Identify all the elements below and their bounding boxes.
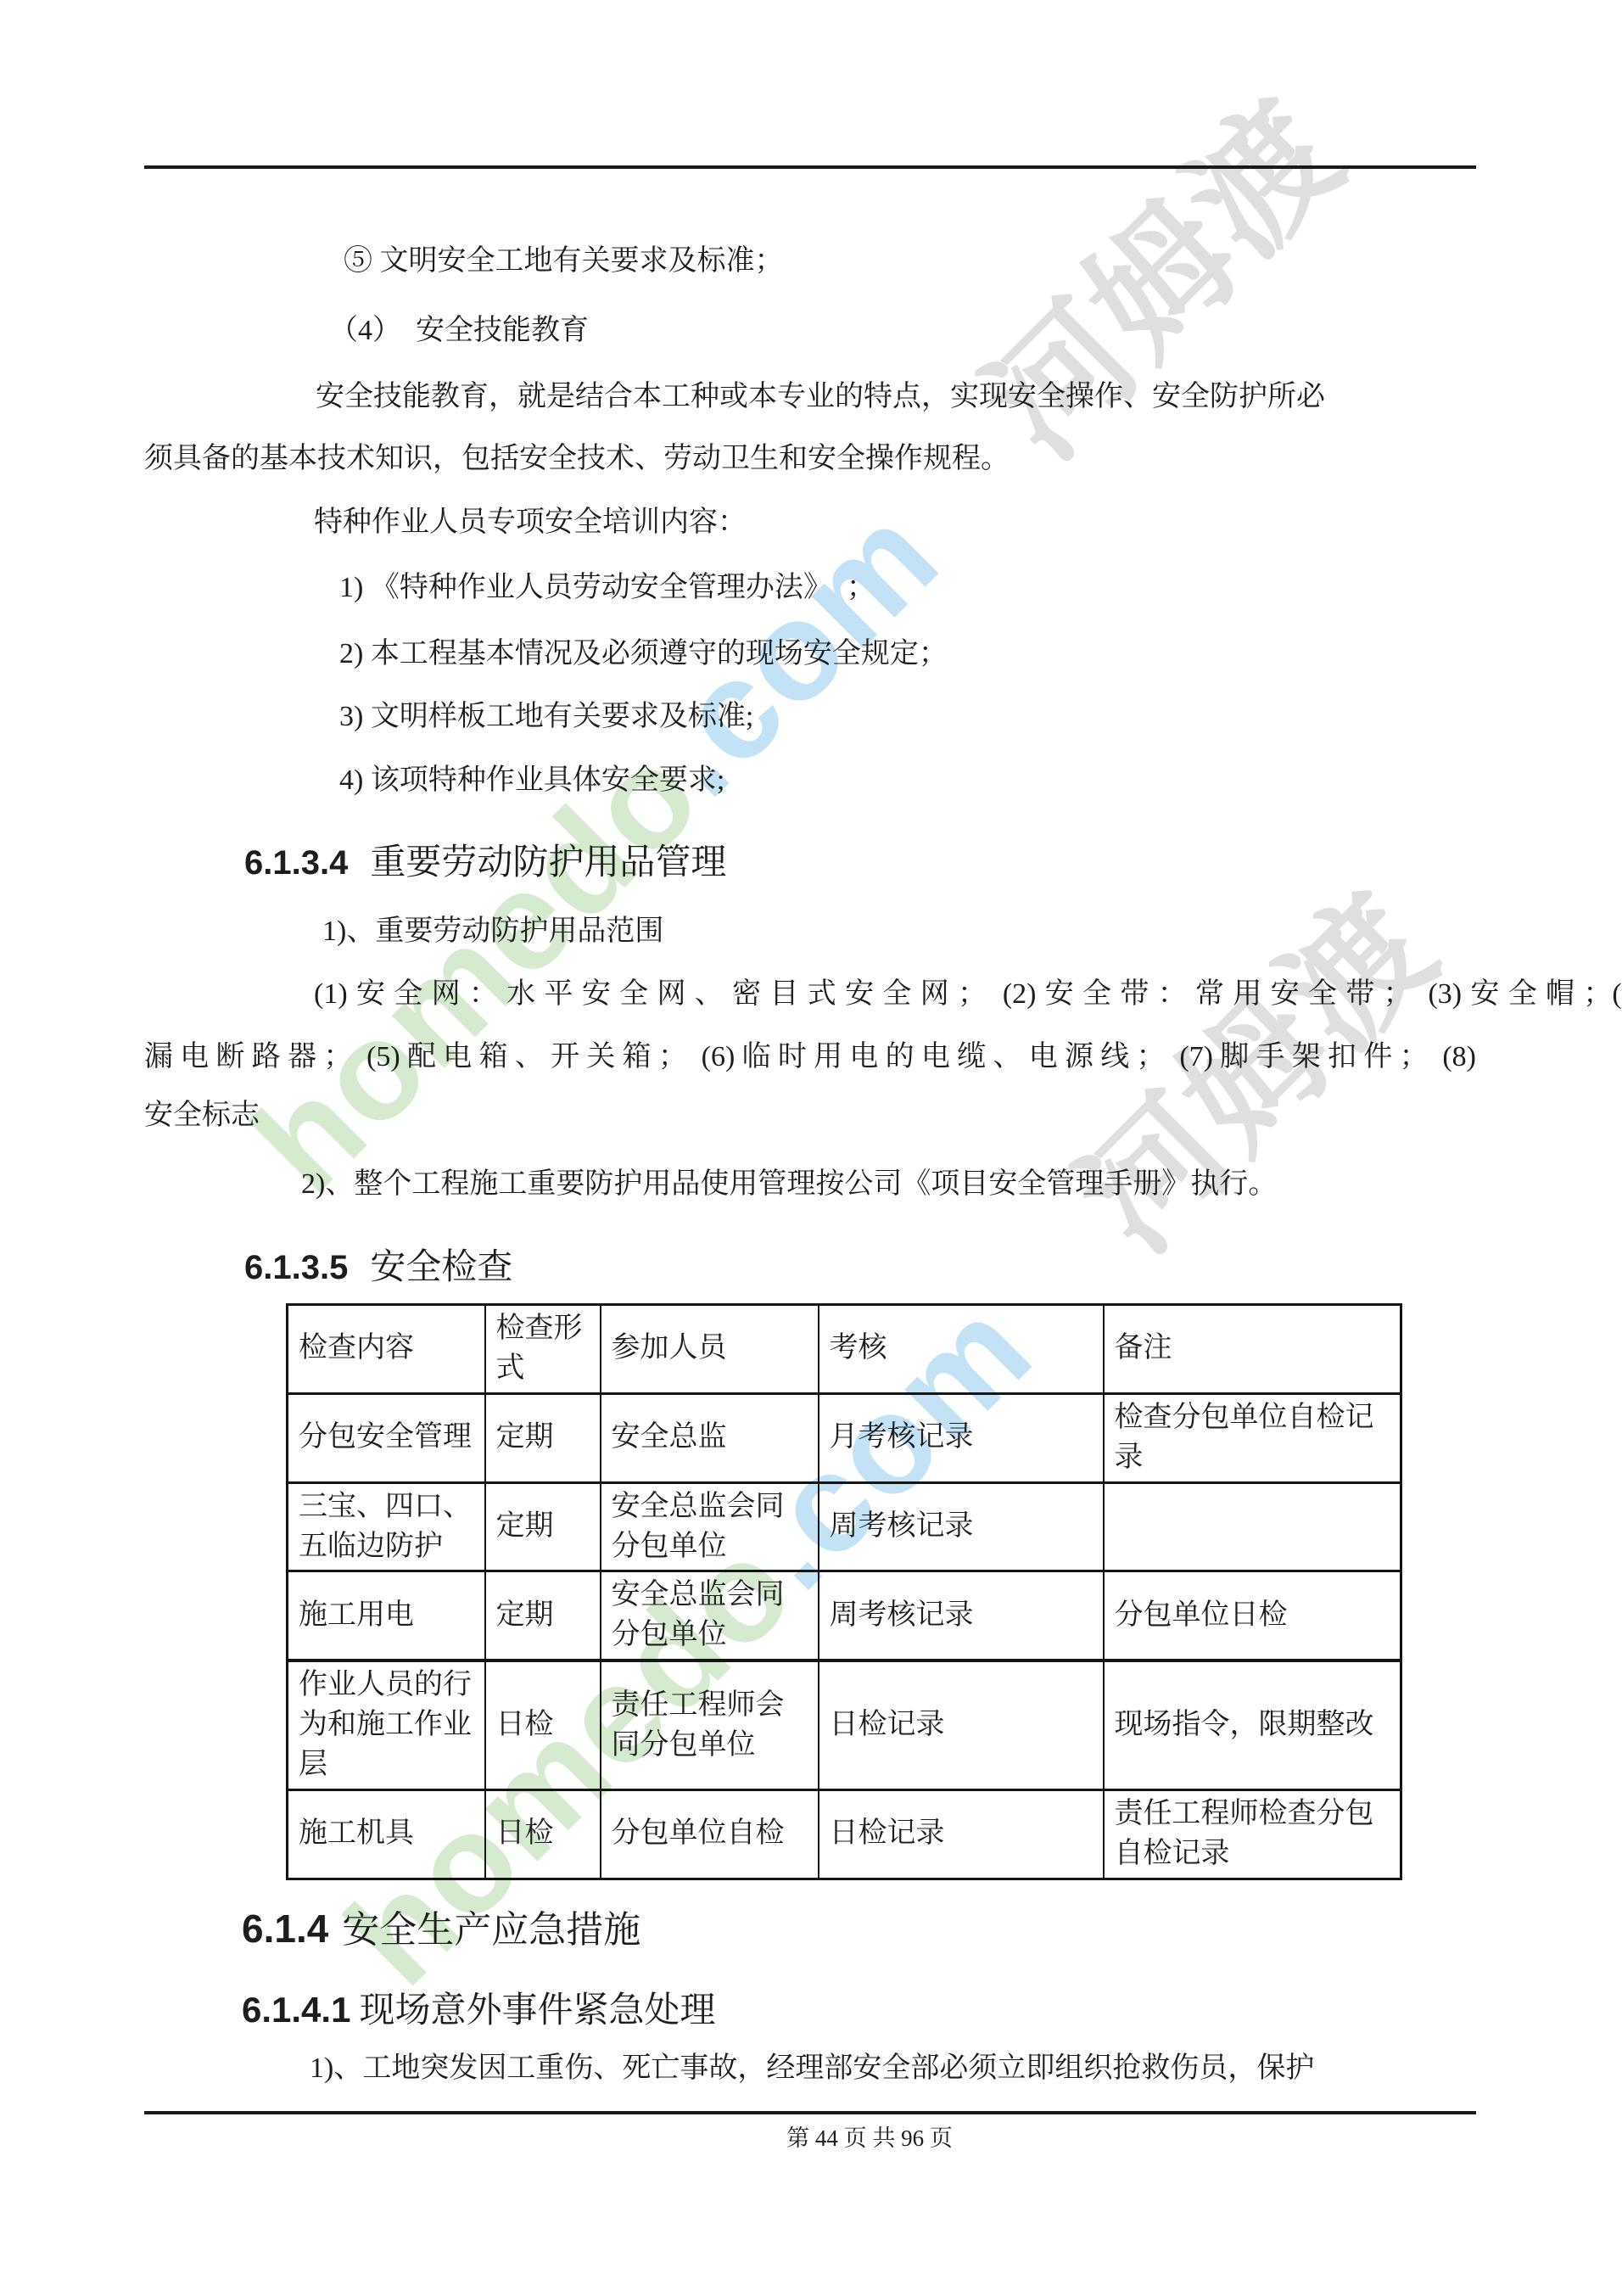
table-cell: 定期 (485, 1482, 601, 1571)
table-cell (1104, 1482, 1401, 1571)
heading-title: 安全检查 (370, 1248, 512, 1287)
heading-number: 6.1.3.5 (244, 1249, 348, 1286)
table-row: 施工机具 日检 分包单位自检 日检记录 责任工程师检查分包自检记录 (288, 1789, 1401, 1879)
table-cell: 安全总监会同分包单位 (601, 1482, 819, 1571)
paragraph-line: 漏电断路器； (5)配电箱、开关箱； (6)临时用电的电缆、电源线； (7)脚手… (144, 1039, 1476, 1076)
table-cell: 日检 (485, 1789, 601, 1879)
heading-title: 重要劳动防护用品管理 (370, 843, 726, 882)
header-rule (144, 165, 1476, 169)
table-cell: 安全总监会同分包单位 (601, 1571, 819, 1660)
table-cell: 定期 (485, 1393, 601, 1482)
table-cell: 责任工程师会同分包单位 (601, 1660, 819, 1789)
table-cell: 作业人员的行为和施工作业层 (288, 1660, 485, 1789)
watermark-text-cjk: 河姆渡 (858, 73, 1371, 586)
table-cell: 分包单位日检 (1104, 1571, 1401, 1660)
list-item-paren4: （4） 安全技能教育 (329, 312, 589, 350)
table-cell: 日检记录 (819, 1660, 1104, 1789)
paragraph-line: 1)、工地突发因工重伤、死亡事故，经理部安全部必须立即组织抢救伤员，保护 (310, 2050, 1314, 2087)
paragraph-line: 安全标志 (144, 1097, 260, 1134)
table-header-cell: 备注 (1104, 1305, 1401, 1394)
section-heading-6134: 6.1.3.4重要劳动防护用品管理 (244, 834, 726, 885)
table-cell: 安全总监 (601, 1393, 819, 1482)
paragraph-line: 须具备的基本技术知识，包括安全技术、劳动卫生和安全操作规程。 (144, 440, 1010, 478)
paragraph-line: 特种作业人员专项安全培训内容： (314, 504, 747, 541)
table-cell: 分包单位自检 (601, 1789, 819, 1879)
table-row: 分包安全管理 定期 安全总监 月考核记录 检查分包单位自检记录 (288, 1393, 1401, 1482)
section-heading-614: 6.1.4安全生产应急措施 (242, 1899, 640, 1953)
table-cell: 检查分包单位自检记录 (1104, 1393, 1401, 1482)
list-item: 2) 本工程基本情况及必须遵守的现场安全规定； (339, 636, 948, 673)
table-cell: 责任工程师检查分包自检记录 (1104, 1789, 1401, 1879)
table-cell: 日检 (485, 1660, 601, 1789)
table-header-cell: 参加人员 (601, 1305, 819, 1394)
list-item: 2)、整个工程施工重要防护用品使用管理按公司《项目安全管理手册》执行。 (301, 1166, 1277, 1203)
table-cell: 定期 (485, 1571, 601, 1660)
footer-rule (144, 2111, 1476, 2114)
paragraph-line: 安全技能教育，就是结合本工种或本专业的特点，实现安全操作、安全防护所必 (316, 378, 1325, 416)
list-item: 3) 文明样板工地有关要求及标准; (339, 698, 753, 736)
page-number-footer: 第 44 页 共 96 页 (204, 2120, 1535, 2153)
list-item-circle5: ⑤ 文明安全工地有关要求及标准； (344, 243, 784, 280)
table-header-cell: 检查内容 (288, 1305, 485, 1394)
table-cell: 施工机具 (288, 1789, 485, 1879)
table-cell: 分包安全管理 (288, 1393, 485, 1482)
table-cell: 三宝、四口、五临边防护 (288, 1482, 485, 1571)
table-cell: 月考核记录 (819, 1393, 1104, 1482)
table-cell: 周考核记录 (819, 1482, 1104, 1571)
section-heading-6141: 6.1.4.1现场意外事件紧急处理 (242, 1982, 715, 2033)
table-row: 施工用电 定期 安全总监会同分包单位 周考核记录 分包单位日检 (288, 1571, 1401, 1660)
heading-title: 现场意外事件紧急处理 (359, 1991, 715, 2030)
heading-number: 6.1.4.1 (242, 1990, 350, 2030)
list-item: 4) 该项特种作业具体安全要求; (339, 762, 724, 799)
section-heading-6135: 6.1.3.5安全检查 (244, 1239, 512, 1290)
table-header-row: 检查内容 检查形式 参加人员 考核 备注 (288, 1305, 1401, 1394)
table-header-cell: 检查形式 (485, 1305, 601, 1394)
heading-number: 6.1.4 (242, 1907, 328, 1951)
document-page: homedo.com 河姆渡 homedo.com 河姆渡 ⑤ 文明安全工地有关… (0, 0, 1622, 2296)
table-cell: 周考核记录 (819, 1571, 1104, 1660)
heading-title: 安全生产应急措施 (342, 1909, 640, 1951)
table-cell: 施工用电 (288, 1571, 485, 1660)
table-row: 三宝、四口、五临边防护 定期 安全总监会同分包单位 周考核记录 (288, 1482, 1401, 1571)
table-row: 作业人员的行为和施工作业层 日检 责任工程师会同分包单位 日检记录 现场指令，限… (288, 1660, 1401, 1789)
table-header-cell: 考核 (819, 1305, 1104, 1394)
list-item: 1) 《特种作业人员劳动安全管理办法》 ； (339, 569, 875, 607)
heading-number: 6.1.3.4 (244, 844, 348, 882)
table-cell: 现场指令，限期整改 (1104, 1660, 1401, 1789)
safety-check-table: 检查内容 检查形式 参加人员 考核 备注 分包安全管理 定期 安全总监 月考核记… (286, 1303, 1402, 1880)
list-item: 1)、重要劳动防护用品范围 (322, 913, 663, 950)
paragraph-line: (1)安全网：水平安全网、密目式安全网； (2)安全带：常用安全带； (3)安全… (144, 976, 1622, 1013)
table-cell: 日检记录 (819, 1789, 1104, 1879)
